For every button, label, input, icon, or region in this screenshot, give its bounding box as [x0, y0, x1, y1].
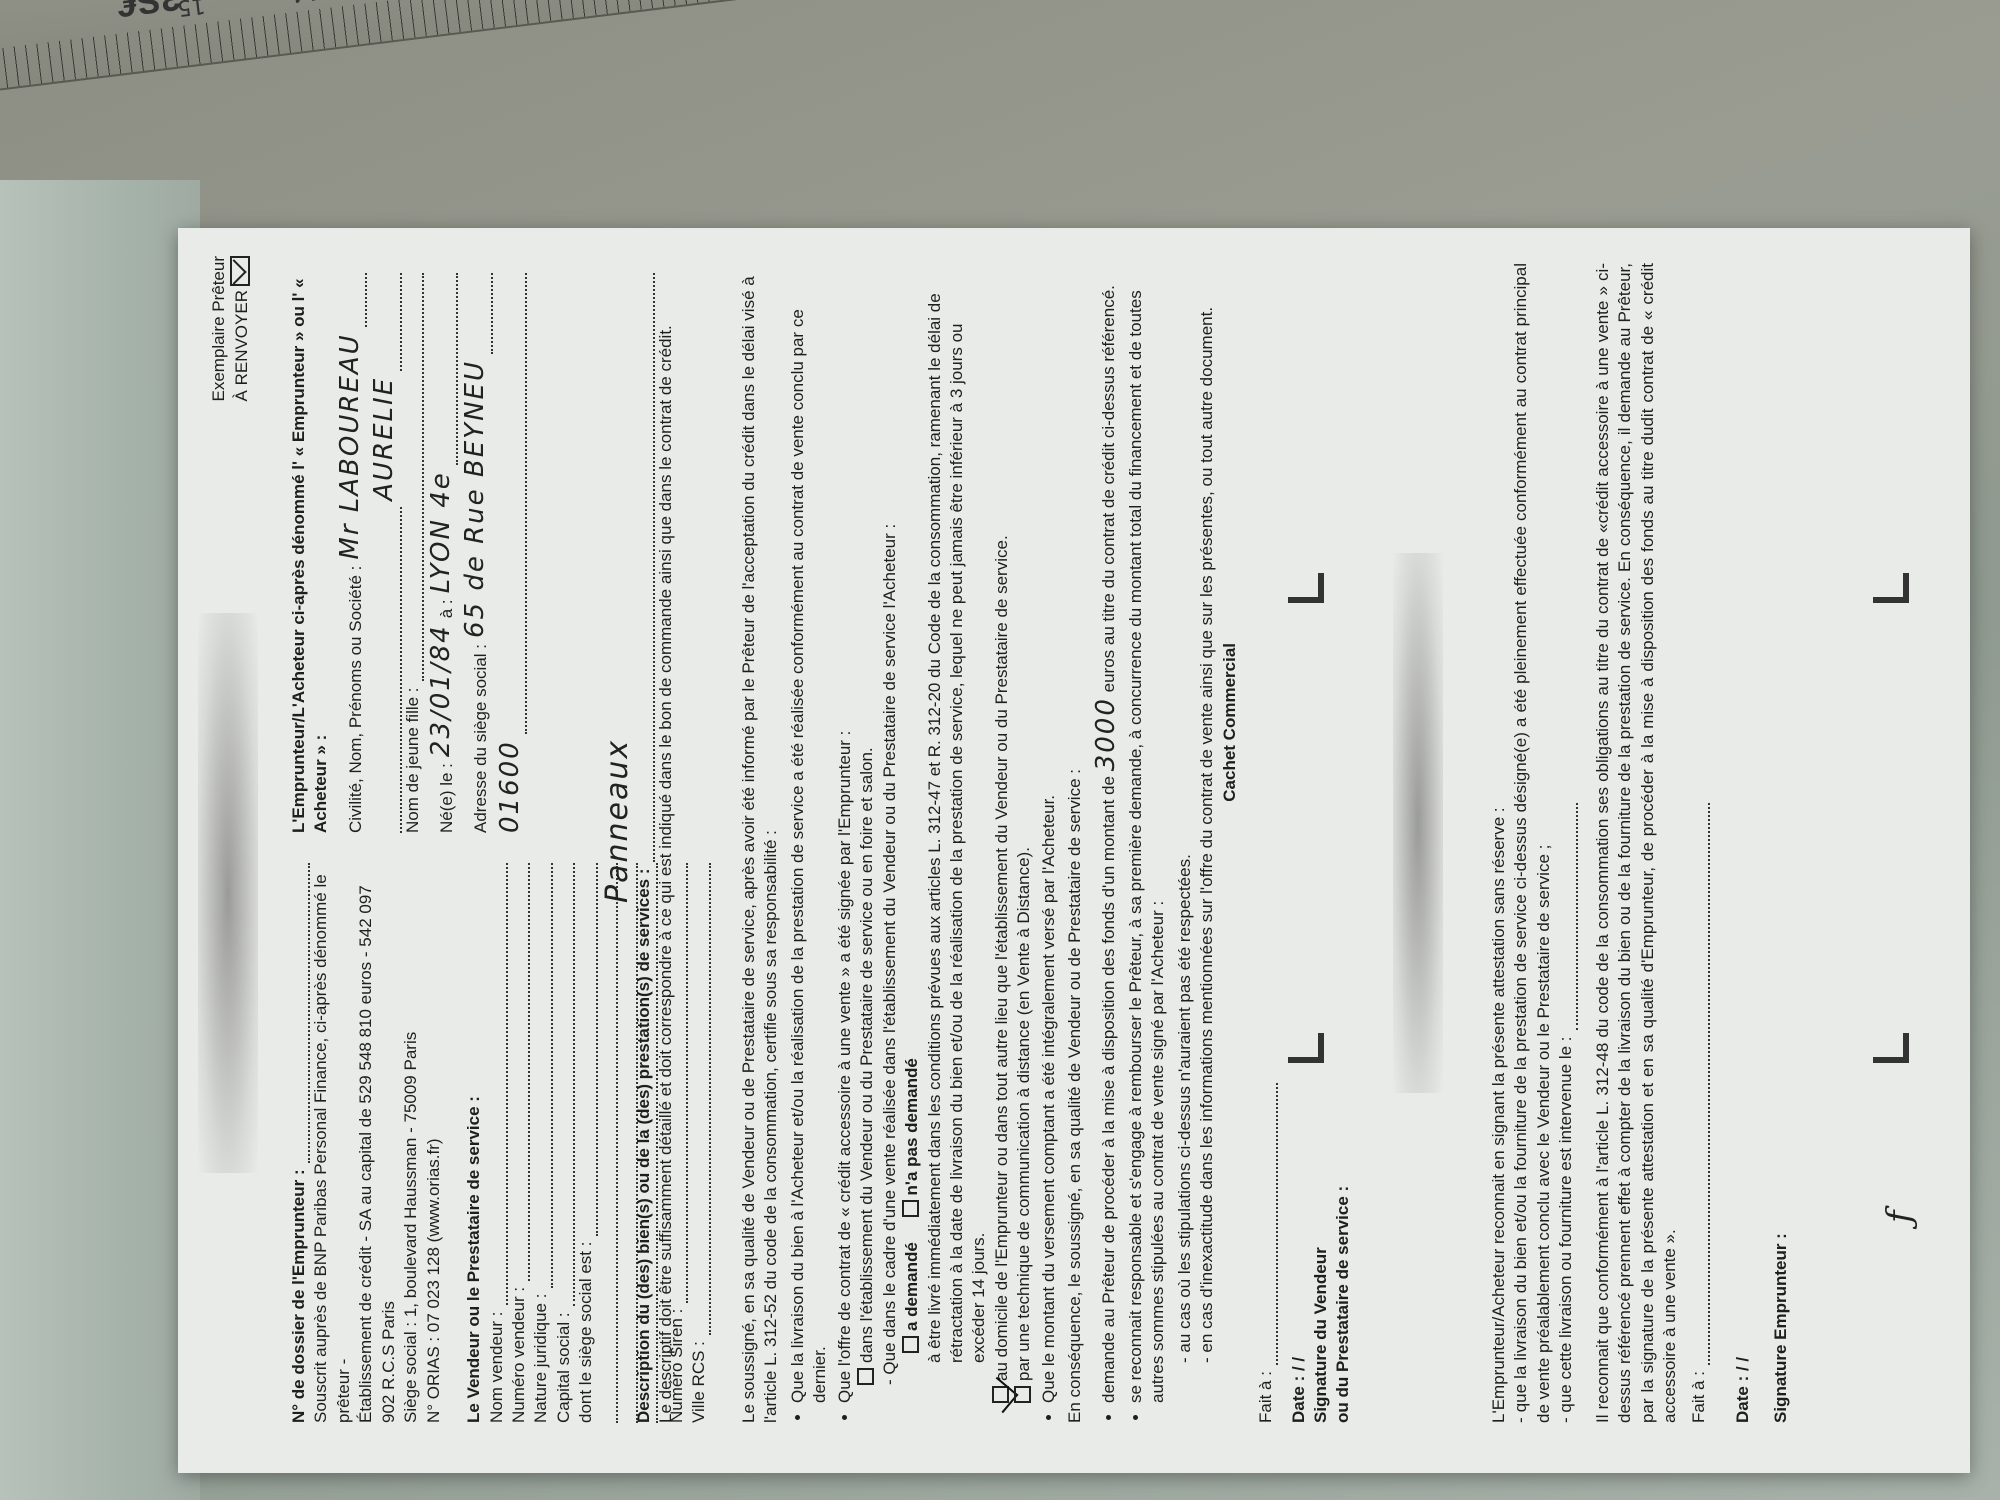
ruler-ticks — [0, 0, 2000, 89]
option-a-demande: a demandé — [902, 1242, 921, 1331]
vendor-field-row: Capital social : — [553, 863, 575, 1423]
sub-intro: - Que dans le cadre d'une vente réalisée… — [879, 263, 901, 1385]
ne-le-value[interactable]: 23/01/84 — [424, 624, 458, 757]
vendor-field-row: Nature juridique : — [530, 863, 552, 1423]
livraison-text: à être livré immédiatement dans les cond… — [924, 263, 991, 1363]
checkbox-a-demande[interactable] — [902, 1336, 919, 1353]
borrower-attestation: L'Emprunteur/Acheteur reconnait en signa… — [1488, 263, 1793, 1423]
checkbox-na-pas-demande[interactable] — [902, 1200, 919, 1217]
vendor-date-label: Date : — [1289, 1376, 1308, 1423]
borrower-fait-a-field[interactable] — [1694, 803, 1710, 1365]
rcs-field[interactable] — [695, 863, 711, 1335]
rcs-label: Ville RCS : — [688, 1341, 710, 1423]
borrower-date-label: Date : — [1733, 1376, 1752, 1423]
vendor-field-row: dont le siège social est : — [575, 863, 597, 1423]
civilite-value-2[interactable]: AURELIE — [367, 377, 401, 501]
dossier-label: N° de dossier de l'Emprunteur : — [288, 1169, 310, 1423]
vendor-signature-label-2: ou du Prestataire de service : — [1332, 263, 1354, 1423]
dossier-field[interactable] — [294, 863, 310, 1163]
ruler-brand: 3S€ — [114, 0, 183, 26]
ne-le-label: Né(e) le : — [436, 763, 458, 833]
attestation-bullet-3: Que le montant du versement comptant a é… — [1038, 263, 1060, 1403]
attestation-bullet-1: Que la livraison du bien à l'Acheteur et… — [787, 263, 832, 1403]
blurred-header-logo — [198, 613, 258, 1173]
description-title: Description du (des) bien(s) ou de la (d… — [633, 868, 655, 1423]
souscrit-text: Souscrit auprès de BNP Paribas Personal … — [310, 863, 355, 1423]
checkbox-etablissement[interactable] — [857, 1368, 874, 1385]
jeune-fille-label: Nom de jeune fille : — [402, 687, 424, 833]
borrower-item-2: - que cette livraison ou fourniture est … — [1555, 1037, 1577, 1424]
cachet-commercial: Cachet Commercial — [1219, 643, 1241, 1423]
checkbox-domicile[interactable] — [992, 1386, 1009, 1403]
borrower-signature: ƒ — [1878, 1210, 1923, 1223]
option-domicile: au domicile de l'Emprunteur ou dans tout… — [992, 535, 1011, 1381]
vendor-field-label: Nature juridique : — [530, 1294, 552, 1423]
etablissement-text: Établissement de crédit - SA au capital … — [355, 863, 400, 1423]
signature-corner-mark — [1873, 573, 1909, 603]
exemplaire-subtitle: À RENVOYER — [232, 290, 251, 401]
document-sheet: Exemplaire Prêteur À RENVOYER N° de doss… — [178, 228, 1970, 1473]
civilite-label: Civilité, Nom, Prénoms ou Société : — [345, 566, 367, 833]
case-1: - au cas où les stipulations ci-dessus n… — [1174, 263, 1196, 1363]
civilite-value[interactable]: Mr LABOUREAU — [333, 333, 367, 559]
vendor-field-row: Nom vendeur : — [486, 863, 508, 1423]
vendor-title: Le Vendeur ou le Prestataire de service … — [463, 863, 485, 1423]
document-paper: Exemplaire Prêteur À RENVOYER N° de doss… — [178, 228, 1970, 1473]
exemplaire-label: Exemplaire Prêteur À RENVOYER — [208, 256, 254, 402]
a-label: à : — [436, 599, 458, 618]
consequence-1: En conséquence, le soussigné, en sa qual… — [1064, 263, 1086, 1423]
description-handwritten: Panneaux — [598, 273, 638, 903]
ruler-number: 15 — [176, 0, 207, 20]
vendor-field-input[interactable] — [492, 863, 508, 1306]
borrower-title: L'Emprunteur/L'Acheteur ci-après dénommé… — [288, 273, 333, 833]
siege-text: Siège social : 1, boulevard Haussman - 7… — [400, 863, 422, 1423]
vendor-field-input[interactable] — [537, 863, 553, 1288]
vendor-fields: Nom vendeur :Numéro vendeur :Nature juri… — [486, 863, 598, 1423]
borrower-item-1: - que la livraison du bien et/ou la four… — [1510, 263, 1555, 1423]
checkbox-distance[interactable] — [1014, 1386, 1031, 1403]
case-2: - en cas d'inexactitude dans les informa… — [1196, 263, 1218, 1363]
attestation-intro: Le soussigné, en sa qualité de Vendeur o… — [738, 263, 783, 1423]
consequence-2a: demande au Prêteur de procéder à la mise… — [1099, 776, 1118, 1403]
adresse-value-2[interactable]: 01600 — [493, 740, 527, 833]
vendor-fait-a-field[interactable] — [1262, 1083, 1278, 1365]
livraison-date-field[interactable] — [1562, 803, 1578, 1031]
borrower-block: L'Emprunteur/L'Acheteur ci-après dénommé… — [288, 273, 527, 833]
borrower-fait-a-label: Fait à : — [1688, 1371, 1710, 1423]
jeune-fille-field[interactable] — [408, 273, 424, 681]
orias-text: N° ORIAS : 07 023 128 (www.orias.fr) — [423, 863, 445, 1423]
ruler: 3S€ 1514131211109876543 — [0, 0, 2000, 91]
vendor-field-label: Capital social : — [553, 1312, 575, 1423]
vendor-field-input[interactable] — [559, 863, 575, 1306]
vendor-field-input[interactable] — [582, 863, 598, 1236]
attestation-bullet-2: Que l'offre de contrat de « crédit acces… — [835, 731, 854, 1403]
vendor-field-label: Numéro vendeur : — [508, 1287, 530, 1423]
vendor-date-sep: / / — [1289, 1357, 1308, 1371]
borrower-signature-label: Signature Emprunteur : — [1770, 263, 1792, 1423]
consequence-2b: euros au titre du contrat de crédit ci-d… — [1099, 285, 1118, 692]
description-field[interactable] — [639, 273, 655, 862]
option-etablissement: dans l'établissement du Vendeur ou du Pr… — [857, 747, 876, 1363]
vendor-field-row: Numéro vendeur : — [508, 863, 530, 1423]
borrower-intro: L'Emprunteur/Acheteur reconnait en signa… — [1488, 263, 1510, 1423]
description-section: Description du (des) bien(s) ou de la (d… — [633, 273, 637, 1423]
signature-corner-mark — [1288, 1033, 1324, 1063]
signature-corner-mark — [1873, 1033, 1909, 1063]
adresse-value[interactable]: 65 de Rue BEYNEU — [458, 360, 492, 638]
vendor-field-label: Nom vendeur : — [486, 1312, 508, 1424]
a-value[interactable]: LYON 4e — [424, 471, 458, 593]
vendor-signature-label-1: Signature du Vendeur — [1310, 263, 1332, 1423]
background-surface — [0, 180, 200, 1500]
borrower-paragraph: Il reconnait que conformément à l'articl… — [1592, 263, 1682, 1423]
option-na-pas-demande: n'a pas demandé — [902, 1058, 921, 1195]
vendor-field-label: dont le siège social est : — [575, 1242, 597, 1423]
amount-value[interactable]: 3000 — [1091, 697, 1121, 771]
borrower-date-sep: / / — [1733, 1357, 1752, 1371]
vendor-fait-a-label: Fait à : — [1255, 1371, 1277, 1423]
adresse-label: Adresse du siège social : — [470, 644, 492, 833]
envelope-icon — [230, 256, 250, 286]
signature-corner-mark — [1288, 573, 1324, 603]
vendor-field-input[interactable] — [514, 863, 530, 1281]
vendor-attestation: Le soussigné, en sa qualité de Vendeur o… — [738, 263, 1355, 1423]
option-distance: par une technique de communication à dis… — [1014, 847, 1033, 1381]
description-subtitle: Le descriptif doit être suffisamment dét… — [655, 273, 677, 1423]
consequence-3: se reconnait responsable et s'engage à r… — [1125, 263, 1170, 1403]
blurred-divider-band — [1393, 553, 1443, 1093]
ruler-number: 14 — [290, 0, 321, 6]
